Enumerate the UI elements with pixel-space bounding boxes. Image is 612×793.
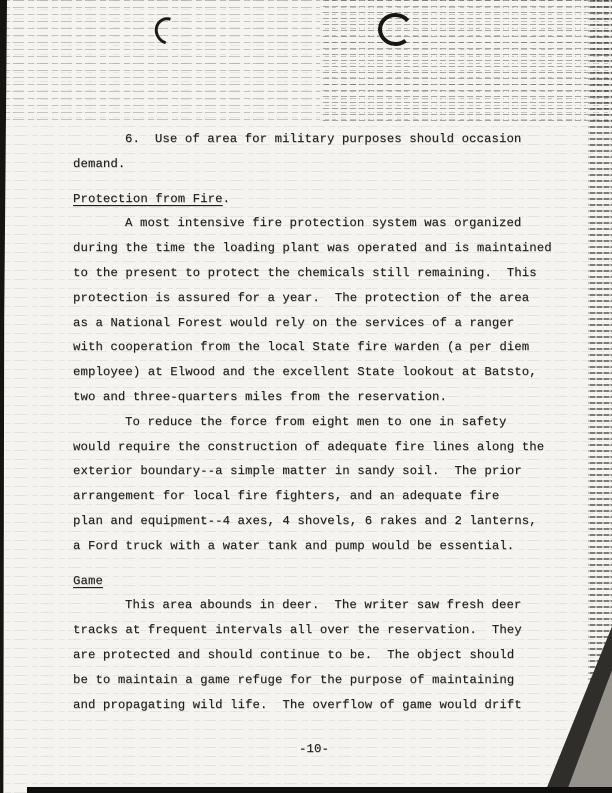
text-line: protection is assured for a year. The pr…: [73, 291, 555, 316]
text-line: demand.: [73, 157, 555, 182]
text-line: exterior boundary--a simple matter in sa…: [73, 464, 555, 489]
text-line: a Ford truck with a water tank and pump …: [73, 539, 555, 564]
page-background: 6. Use of area for military purposes sho…: [0, 0, 612, 793]
page-number: -10-: [73, 742, 555, 767]
heading-underlined-text: Game: [73, 574, 103, 588]
scan-edge-left: [0, 0, 7, 793]
section-heading: Protection from Fire.: [73, 192, 555, 217]
text-line: are protected and should continue to be.…: [73, 648, 555, 673]
heading-underlined-text: Protection from Fire: [73, 192, 223, 206]
text-line: A most intensive fire protection system …: [73, 216, 555, 241]
text-line: tracks at frequent intervals all over th…: [73, 623, 555, 648]
section-heading: Game: [73, 574, 555, 599]
scan-edge-bottom: [27, 787, 612, 793]
scan-noise-top-band: [0, 0, 612, 126]
binder-ring-mark-icon: [376, 11, 414, 47]
paperclip-mark-icon: [150, 12, 187, 49]
text-line: as a National Forest would rely on the s…: [73, 316, 555, 341]
text-line: 6. Use of area for military purposes sho…: [73, 132, 555, 157]
scanned-document-page: { "page": { "number_label": "-10-" }, "c…: [0, 0, 612, 793]
text-line: would require the construction of adequa…: [73, 440, 555, 465]
text-line: be to maintain a game refuge for the pur…: [73, 673, 555, 698]
text-line: employee) at Elwood and the excellent St…: [73, 365, 555, 390]
text-line: with cooperation from the local State fi…: [73, 340, 555, 365]
text-line: plan and equipment--4 axes, 4 shovels, 6…: [73, 514, 555, 539]
text-line: arrangement for local fire fighters, and…: [73, 489, 555, 514]
document-lines: 6. Use of area for military purposes sho…: [73, 132, 555, 722]
scan-noise-top-right-band: [320, 0, 612, 126]
scan-noise-right-edge-band: [588, 0, 612, 793]
text-line: This area abounds in deer. The writer sa…: [73, 598, 555, 623]
text-line: To reduce the force from eight men to on…: [73, 415, 555, 440]
text-line: and propagating wild life. The overflow …: [73, 698, 555, 723]
text-line: during the time the loading plant was op…: [73, 241, 555, 266]
document-body: 6. Use of area for military purposes sho…: [73, 132, 555, 767]
text-line: two and three-quarters miles from the re…: [73, 390, 555, 415]
text-line: to the present to protect the chemicals …: [73, 266, 555, 291]
